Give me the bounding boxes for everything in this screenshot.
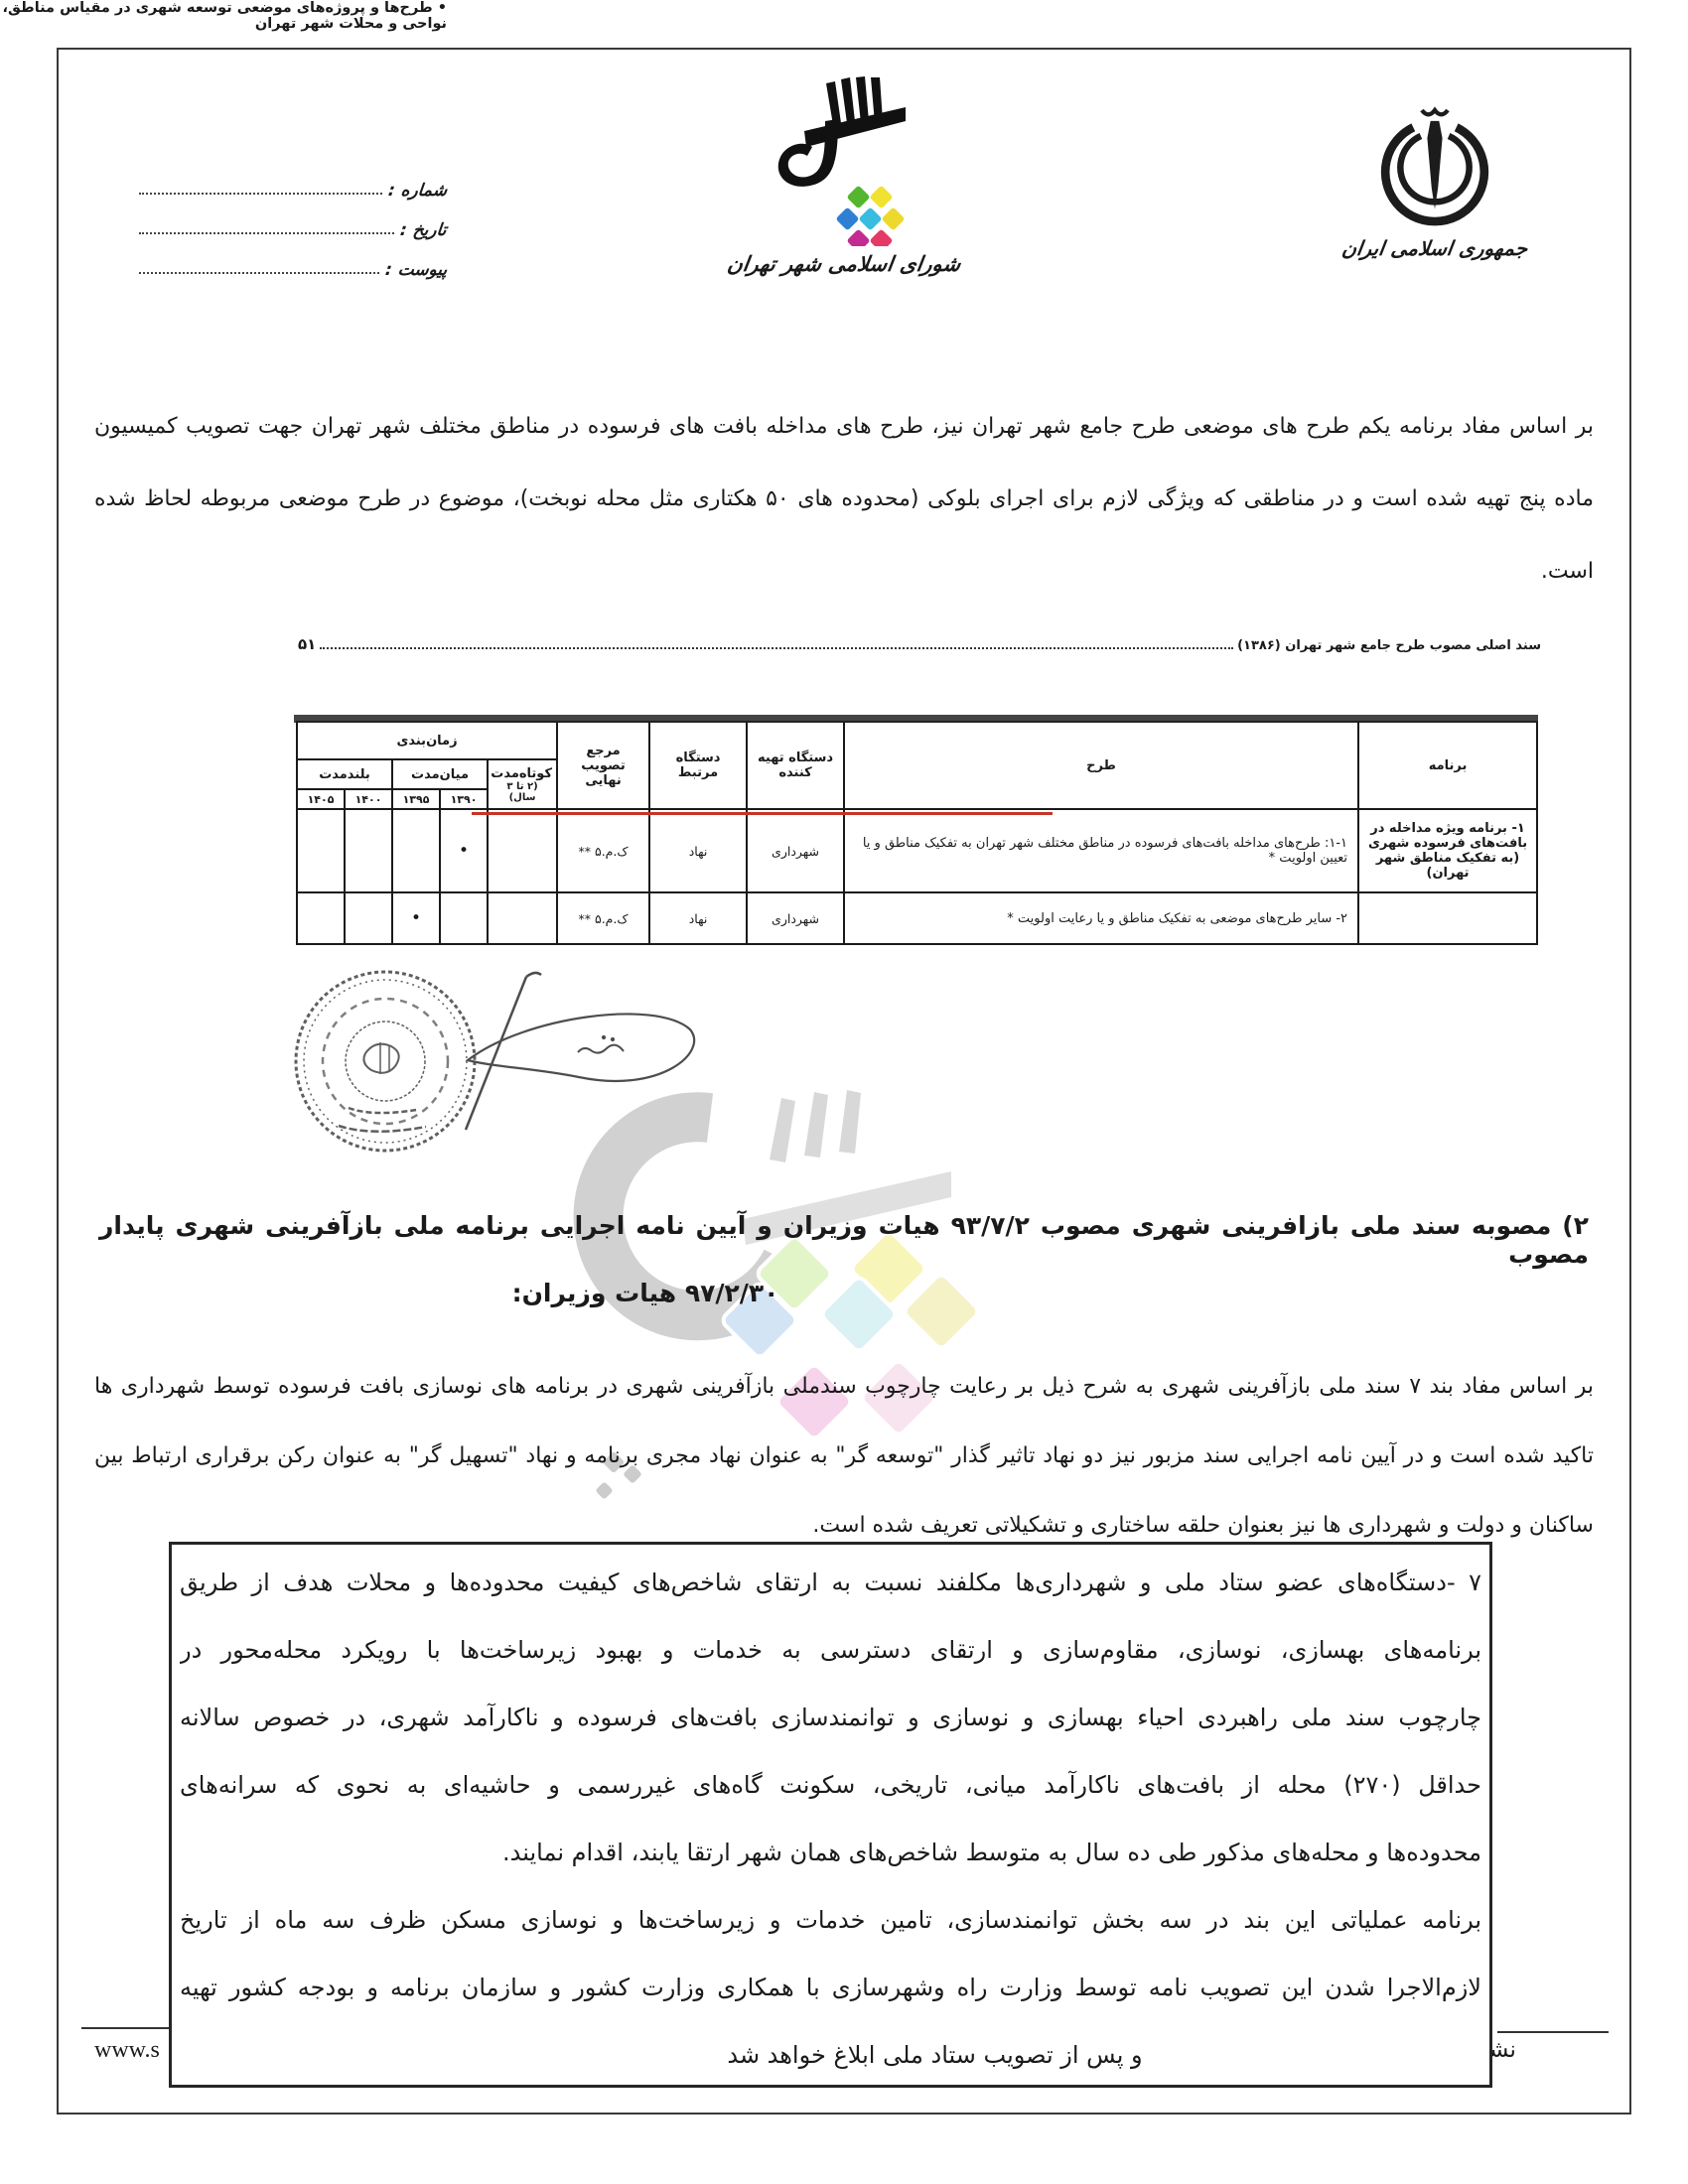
clause-line: برنامه‌های بهسازی، نوسازی، مقاوم‌سازی و … xyxy=(180,1616,1481,1684)
attachment-label: پیوست : xyxy=(378,260,448,280)
round-stamp-icon xyxy=(296,972,475,1151)
row2-preparer: شهرداری xyxy=(747,892,844,944)
state-name: جمهوری اسلامی ایران xyxy=(1309,236,1560,260)
row2-mark-1390 xyxy=(440,892,488,944)
year-1400: ۱۴۰۰ xyxy=(345,789,392,809)
clause-line: چارچوب سند ملی راهبردی احیاء بهسازی و نو… xyxy=(180,1684,1481,1751)
caption-text: طرح‌ها و پروژه‌های موضعی توسعه شهری در م… xyxy=(2,0,447,32)
clause-line: برنامه عملیاتی این بند در سه بخش توانمند… xyxy=(180,1886,1481,1954)
clause-line: لازم‌الاجرا شدن این تصویب نامه توسط وزار… xyxy=(180,1954,1481,2021)
caption-bullet: • xyxy=(438,0,447,16)
row2-mark-1395: • xyxy=(392,892,440,944)
source-reference-line: سند اصلی مصوب طرح جامع شهر تهران (۱۳۸۶) … xyxy=(298,635,1541,653)
red-highlight-line xyxy=(472,812,1053,815)
col-header-short-term: کوتاه‌مدت (۲ تا ۳ سال) xyxy=(488,759,557,809)
iran-emblem-icon xyxy=(1370,97,1499,226)
clause-line: محدوده‌ها و محله‌های مذکور طی ده سال به … xyxy=(180,1819,1481,1886)
number-dotted-line xyxy=(139,193,382,195)
document-page: شماره : تاریخ : پیوست : xyxy=(0,0,1688,2184)
signature-icon xyxy=(466,973,694,1130)
row1-program: ۱- برنامه ویژه مداخله در بافت‌های فرسوده… xyxy=(1358,809,1537,892)
date-label: تاریخ : xyxy=(393,220,448,240)
col-header-program: برنامه xyxy=(1358,722,1537,809)
year-1405: ۱۴۰۵ xyxy=(297,789,345,809)
table-caption: • طرح‌ها و پروژه‌های موضعی توسعه شهری در… xyxy=(0,0,447,32)
section2-heading-line1: ۲) مصوبه سند ملی بازافرینی شهری مصوب ۹۳/… xyxy=(99,1211,1589,1269)
table-row: ۲- سایر طرح‌های موضعی به تفکیک مناطق و ی… xyxy=(297,892,1537,944)
clause-line: حداقل (۲۷۰) محله از بافت‌های ناکارآمد می… xyxy=(180,1751,1481,1819)
row2-authority: ک.م.۵ ** xyxy=(557,892,649,944)
row1-mark-1395 xyxy=(392,809,440,892)
col-header-authority: مرجع تصویب نهایی xyxy=(557,722,649,809)
clause-line: ۷ -دستگاه‌های عضو ستاد ملی و شهرداری‌ها … xyxy=(180,1549,1481,1616)
intro-paragraph: بر اساس مفاد برنامه یکم طرح های موضعی طر… xyxy=(94,390,1594,608)
number-label: شماره : xyxy=(381,181,448,201)
row1-mark-1405 xyxy=(297,809,345,892)
row1-short-term-cell xyxy=(488,809,557,892)
council-logo-tiles xyxy=(835,185,905,246)
footer-left-rule xyxy=(81,2027,171,2029)
field-number: شماره : xyxy=(139,161,447,201)
field-date: تاریخ : xyxy=(139,201,447,240)
col-header-long-term: بلندمدت xyxy=(297,759,392,789)
council-header: شورای اسلامی شهر تهران xyxy=(685,69,1003,276)
row2-short-term-cell xyxy=(488,892,557,944)
row1-mark-1400 xyxy=(345,809,392,892)
section2-heading-line2: ۹۷/۲/۳۰ هیات وزیران: xyxy=(0,1279,1291,1307)
letterhead-fields: شماره : تاریخ : پیوست : xyxy=(139,161,447,280)
year-1390: ۱۳۹۰ xyxy=(440,789,488,809)
source-reference-text: سند اصلی مصوب طرح جامع شهر تهران (۱۳۸۶) xyxy=(1237,638,1541,653)
table-row: ۱- برنامه ویژه مداخله در بافت‌های فرسوده… xyxy=(297,809,1537,892)
col-header-preparer: دستگاه تهیه کننده xyxy=(747,722,844,809)
footer-website: www.s xyxy=(94,2037,160,2064)
row2-program xyxy=(1358,892,1537,944)
date-dotted-line xyxy=(139,232,394,234)
state-header: جمهوری اسلامی ایران xyxy=(1311,97,1559,260)
clause-line: و پس از تصویب ستاد ملی ابلاغ خواهد شد xyxy=(284,2021,1586,2089)
row2-plan: ۲- سایر طرح‌های موضعی به تفکیک مناطق و ی… xyxy=(844,892,1358,944)
col-header-schedule: زمان‌بندی xyxy=(297,722,557,759)
body-paragraph: بر اساس مفاد بند ۷ سند ملی بازآفرینی شهر… xyxy=(94,1352,1594,1561)
row1-mark-1390: • xyxy=(440,809,488,892)
clause-text-box: ۷ -دستگاه‌های عضو ستاد ملی و شهرداری‌ها … xyxy=(169,1542,1492,2088)
projects-table: برنامه طرح دستگاه تهیه کننده دستگاه مرتب… xyxy=(296,721,1538,945)
council-name: شورای اسلامی شهر تهران xyxy=(683,252,1004,276)
scan-smudge-bar xyxy=(294,715,1538,723)
row2-mark-1405 xyxy=(297,892,345,944)
col-header-plan: طرح xyxy=(844,722,1358,809)
row2-related: نهاد xyxy=(649,892,747,944)
row1-authority: ک.م.۵ ** xyxy=(557,809,649,892)
row1-plan: ۱-۱: طرح‌های مداخله بافت‌های فرسوده در م… xyxy=(844,809,1358,892)
short-term-label: کوتاه‌مدت xyxy=(492,766,552,781)
official-stamp-and-signature xyxy=(281,959,708,1172)
row1-preparer: شهرداری xyxy=(747,809,844,892)
tehran-council-logo-icon xyxy=(735,69,953,246)
col-header-mid-term: میان‌مدت xyxy=(392,759,488,789)
dotted-leader xyxy=(320,647,1233,649)
field-attachment: پیوست : xyxy=(139,240,447,280)
row2-mark-1400 xyxy=(345,892,392,944)
attachment-dotted-line xyxy=(139,272,379,274)
row1-related: نهاد xyxy=(649,809,747,892)
year-1395: ۱۳۹۵ xyxy=(392,789,440,809)
col-header-related: دستگاه مرتبط xyxy=(649,722,747,809)
source-page-number: ۵۱ xyxy=(298,635,316,653)
short-term-sub: (۲ تا ۳ سال) xyxy=(492,781,552,803)
